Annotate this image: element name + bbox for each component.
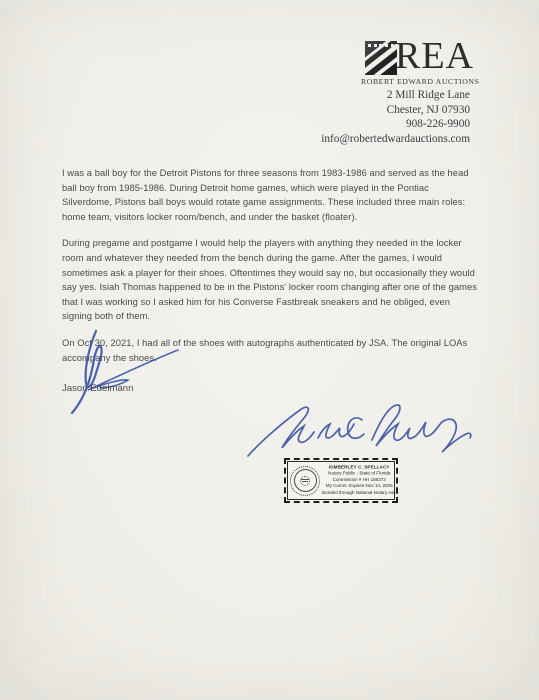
rea-logo-text: REA xyxy=(395,34,474,78)
stamp-line-bonded: Bonded through National Notary Assn. xyxy=(322,490,396,496)
signer-typed-name: Jason Edelmann xyxy=(62,383,133,394)
notary-stamp: KIMBERLEY C. SPELLACY Notary Public - St… xyxy=(284,458,398,503)
notary-stamp-text: KIMBERLEY C. SPELLACY Notary Public - St… xyxy=(322,465,396,496)
notary-stamp-inner: KIMBERLEY C. SPELLACY Notary Public - St… xyxy=(287,461,395,500)
letterhead-email: info@robertedwardauctions.com xyxy=(321,132,470,147)
paragraph-3: On Oct 30, 2021, I had all of the shoes … xyxy=(62,336,479,365)
letter-body: I was a ball boy for the Detroit Pistons… xyxy=(62,166,479,377)
address-line-2: Chester, NJ 07930 xyxy=(321,103,470,118)
paragraph-2: During pregame and postgame I would help… xyxy=(62,236,479,324)
rea-logo-subtext: ROBERT EDWARD AUCTIONS xyxy=(361,77,471,86)
address-line-1: 2 Mill Ridge Lane xyxy=(321,88,470,103)
letterhead-phone: 908-226-9900 xyxy=(321,117,470,132)
notary-seal-icon xyxy=(290,466,320,496)
letterhead-address-block: 2 Mill Ridge Lane Chester, NJ 07930 908-… xyxy=(321,88,470,146)
rea-logo-icon xyxy=(365,41,397,75)
letter-page: REA ROBERT EDWARD AUCTIONS 2 Mill Ridge … xyxy=(0,0,539,700)
paragraph-1: I was a ball boy for the Detroit Pistons… xyxy=(62,166,479,224)
